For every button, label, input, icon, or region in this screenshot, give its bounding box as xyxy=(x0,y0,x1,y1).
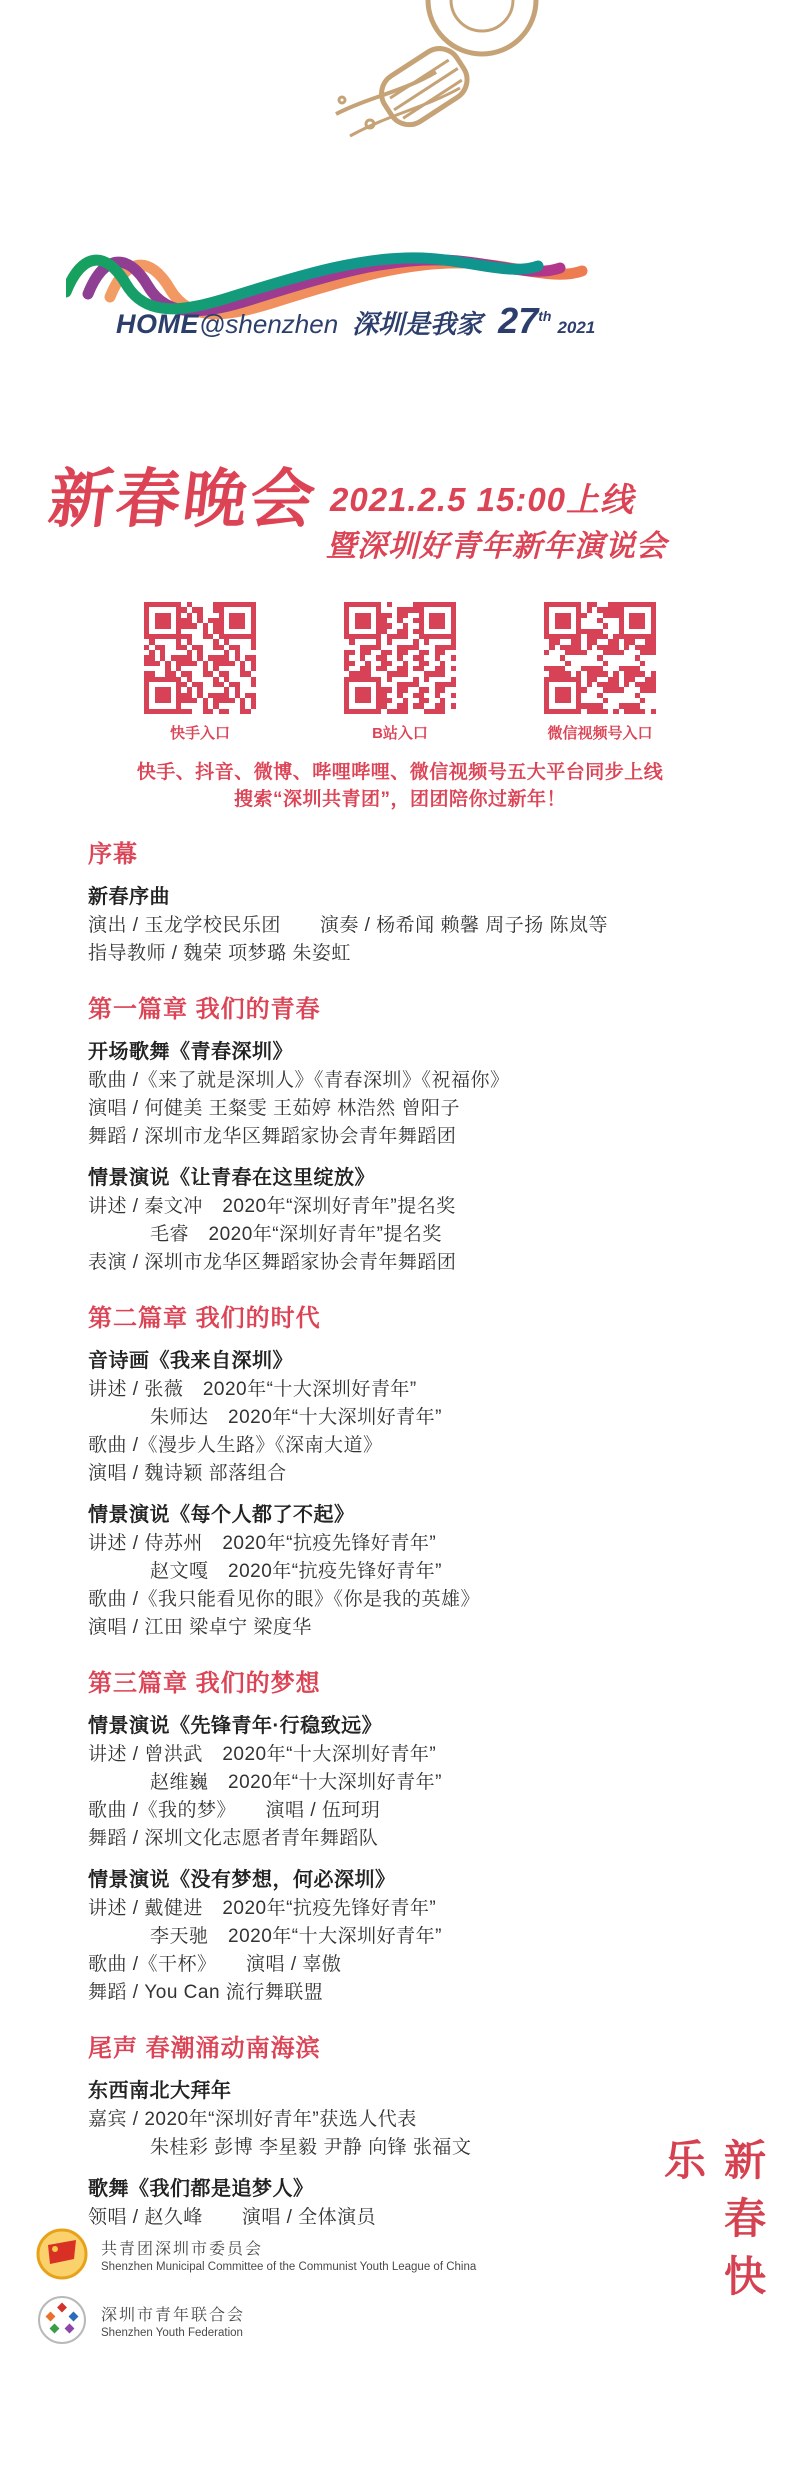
program-section: 第三篇章 我们的梦想情景演说《先锋青年·行稳致远》讲述 / 曾洪武 2020年“… xyxy=(88,1669,728,2007)
new-year-calligraphy: 新春快乐 xyxy=(652,2138,772,2368)
program-section: 第一篇章 我们的青春开场歌舞《青春深圳》歌曲 /《来了就是深圳人》《青春深圳》《… xyxy=(88,995,728,1277)
program-act: 歌舞《我们都是追梦人》领唱 / 赵久峰 演唱 / 全体演员 xyxy=(88,2175,728,2232)
qr-entry-wechat-channels: 微信视频号入口 xyxy=(525,602,675,743)
section-title: 第二篇章 我们的时代 xyxy=(88,1304,728,1334)
brand-edition-suffix: th xyxy=(538,308,551,324)
program-act: 开场歌舞《青春深圳》歌曲 /《来了就是深圳人》《青春深圳》《祝福你》演唱 / 何… xyxy=(88,1038,728,1151)
bilibili-qr-code[interactable] xyxy=(344,602,456,714)
act-credit-line: 李天驰 2020年“十大深圳好青年” xyxy=(88,1923,728,1951)
program-act: 情景演说《没有梦想，何必深圳》讲述 / 戴健进 2020年“抗疫先锋好青年”李天… xyxy=(88,1866,728,2007)
drum-illustration xyxy=(330,0,540,146)
program-act: 新春序曲演出 / 玉龙学校民乐团 演奏 / 杨希闻 赖馨 周子扬 陈岚等指导教师… xyxy=(88,883,728,968)
act-credit-line: 毛睿 2020年“深圳好青年”提名奖 xyxy=(88,1221,728,1249)
org-row-cyl: 共青团深圳市委员会 Shenzhen Municipal Committee o… xyxy=(36,2228,636,2280)
act-credit-line: 讲述 / 戴健进 2020年“抗疫先锋好青年” xyxy=(88,1895,728,1923)
section-title: 第三篇章 我们的梦想 xyxy=(88,1669,728,1699)
act-credit-line: 演唱 / 魏诗颖 部落组合 xyxy=(88,1460,728,1488)
org-name-en: Shenzhen Youth Federation xyxy=(101,2327,245,2339)
act-credit-line: 歌曲 /《漫步人生路》《深南大道》 xyxy=(88,1432,728,1460)
act-credit-line: 讲述 / 秦文冲 2020年“深圳好青年”提名奖 xyxy=(88,1193,728,1221)
org-name-cn: 共青团深圳市委员会 xyxy=(101,2236,476,2259)
brand-home: HOME xyxy=(116,309,199,340)
wechat-channels-qr-code[interactable] xyxy=(544,602,656,714)
act-credit-line: 赵维巍 2020年“十大深圳好青年” xyxy=(88,1769,728,1797)
act-credit-line: 朱师达 2020年“十大深圳好青年” xyxy=(88,1404,728,1432)
act-credit-line: 舞蹈 / 深圳市龙华区舞蹈家协会青年舞蹈团 xyxy=(88,1123,728,1151)
brand-tagline: 深圳是我家 xyxy=(352,304,482,341)
event-title: 新春晚会 xyxy=(44,448,323,540)
program-act: 情景演说《让青春在这里绽放》讲述 / 秦文冲 2020年“深圳好青年”提名奖毛睿… xyxy=(88,1164,728,1277)
program-section: 序幕新春序曲演出 / 玉龙学校民乐团 演奏 / 杨希闻 赖馨 周子扬 陈岚等指导… xyxy=(88,840,728,968)
act-name: 情景演说《先锋青年·行稳致远》 xyxy=(88,1712,728,1741)
act-credit-line: 演唱 / 江田 梁卓宁 梁度华 xyxy=(88,1614,728,1642)
act-credit-line: 演出 / 玉龙学校民乐团 演奏 / 杨希闻 赖馨 周子扬 陈岚等 xyxy=(88,912,728,940)
shenzhen-youth-federation-emblem-icon xyxy=(36,2294,88,2346)
event-subtitle: 暨深圳好青年新年演说会 xyxy=(326,521,667,565)
org-text: 深圳市青年联合会 Shenzhen Youth Federation xyxy=(101,2302,245,2339)
act-name: 东西南北大拜年 xyxy=(88,2077,728,2106)
org-name-en: Shenzhen Municipal Committee of the Comm… xyxy=(101,2261,476,2273)
act-name: 情景演说《让青春在这里绽放》 xyxy=(88,1164,728,1193)
communist-youth-league-emblem-icon xyxy=(36,2228,88,2280)
program-act: 东西南北大拜年嘉宾 / 2020年“深圳好青年”获选人代表朱桂彩 彭博 李星毅 … xyxy=(88,2077,728,2162)
platform-notice-line1: 快手、抖音、微博、哔哩哔哩、微信视频号五大平台同步上线 xyxy=(0,757,800,784)
qr-label: B站入口 xyxy=(372,722,428,743)
brand-year: 2021 xyxy=(557,318,595,338)
qr-label: 快手入口 xyxy=(170,722,230,743)
act-credit-line: 讲述 / 张薇 2020年“十大深圳好青年” xyxy=(88,1376,728,1404)
brand-edition-number: 27 xyxy=(498,300,538,342)
act-credit-line: 演唱 / 何健美 王粲雯 王茹婷 林浩然 曾阳子 xyxy=(88,1095,728,1123)
act-name: 歌舞《我们都是追梦人》 xyxy=(88,2175,728,2204)
kuaishou-qr-code[interactable] xyxy=(144,602,256,714)
platform-notice-line2: 搜索“深圳共青团”，团团陪你过新年！ xyxy=(0,784,800,811)
act-credit-line: 舞蹈 / 深圳文化志愿者青年舞蹈队 xyxy=(88,1825,728,1853)
program-act: 情景演说《先锋青年·行稳致远》讲述 / 曾洪武 2020年“十大深圳好青年”赵维… xyxy=(88,1712,728,1853)
program-section: 第二篇章 我们的时代音诗画《我来自深圳》讲述 / 张薇 2020年“十大深圳好青… xyxy=(88,1304,728,1642)
qr-entry-bilibili: B站入口 xyxy=(325,602,475,743)
qr-entry-kuaishou: 快手入口 xyxy=(125,602,275,743)
act-name: 新春序曲 xyxy=(88,883,728,912)
act-credit-line: 讲述 / 侍苏州 2020年“抗疫先锋好青年” xyxy=(88,1530,728,1558)
act-credit-line: 舞蹈 / You Can 流行舞联盟 xyxy=(88,1979,728,2007)
act-name: 开场歌舞《青春深圳》 xyxy=(88,1038,728,1067)
act-credit-line: 嘉宾 / 2020年“深圳好青年”获选人代表 xyxy=(88,2106,728,2134)
act-credit-line: 指导教师 / 魏荣 项梦璐 朱姿虹 xyxy=(88,940,728,968)
act-credit-line: 表演 / 深圳市龙华区舞蹈家协会青年舞蹈团 xyxy=(88,1249,728,1277)
org-row-syf: 深圳市青年联合会 Shenzhen Youth Federation xyxy=(36,2294,636,2346)
org-name-cn: 深圳市青年联合会 xyxy=(101,2302,245,2325)
program-act: 情景演说《每个人都了不起》讲述 / 侍苏州 2020年“抗疫先锋好青年”赵文嘎 … xyxy=(88,1501,728,1642)
section-title: 尾声 春潮涌动南海滨 xyxy=(88,2034,728,2064)
section-title: 第一篇章 我们的青春 xyxy=(88,995,728,1025)
qr-label: 微信视频号入口 xyxy=(547,722,652,743)
act-credit-line: 讲述 / 曾洪武 2020年“十大深圳好青年” xyxy=(88,1741,728,1769)
act-credit-line: 赵文嘎 2020年“抗疫先锋好青年” xyxy=(88,1558,728,1586)
brand-handle: @shenzhen xyxy=(199,309,338,340)
footer: 共青团深圳市委员会 Shenzhen Municipal Committee o… xyxy=(36,2228,636,2360)
program-section: 尾声 春潮涌动南海滨东西南北大拜年嘉宾 / 2020年“深圳好青年”获选人代表朱… xyxy=(88,2034,728,2232)
spring-festival-gala-poster: HOME@shenzhen 深圳是我家 27th 2021 新春晚会 2021.… xyxy=(0,0,800,2479)
act-name: 情景演说《没有梦想，何必深圳》 xyxy=(88,1866,728,1895)
org-text: 共青团深圳市委员会 Shenzhen Municipal Committee o… xyxy=(101,2236,476,2273)
act-credit-line: 朱桂彩 彭博 李星毅 尹静 向锋 张福文 xyxy=(88,2134,728,2162)
act-credit-line: 歌曲 /《我的梦》 演唱 / 伍珂玥 xyxy=(88,1797,728,1825)
program-act: 音诗画《我来自深圳》讲述 / 张薇 2020年“十大深圳好青年”朱师达 2020… xyxy=(88,1347,728,1488)
event-datetime: 2021.2.5 15:00上线 xyxy=(330,474,634,521)
act-credit-line: 歌曲 /《我只能看见你的眼》《你是我的英雄》 xyxy=(88,1586,728,1614)
section-title: 序幕 xyxy=(88,840,728,870)
act-name: 情景演说《每个人都了不起》 xyxy=(88,1501,728,1530)
act-credit-line: 歌曲 /《来了就是深圳人》《青春深圳》《祝福你》 xyxy=(88,1067,728,1095)
program-list: 序幕新春序曲演出 / 玉龙学校民乐团 演奏 / 杨希闻 赖馨 周子扬 陈岚等指导… xyxy=(88,840,728,2232)
brand-line: HOME@shenzhen 深圳是我家 27th 2021 xyxy=(116,300,676,344)
act-credit-line: 歌曲 /《干杯》 演唱 / 辜傲 xyxy=(88,1951,728,1979)
act-name: 音诗画《我来自深圳》 xyxy=(88,1347,728,1376)
qr-row: 快手入口 B站入口 微信视频号入口 xyxy=(0,602,800,743)
